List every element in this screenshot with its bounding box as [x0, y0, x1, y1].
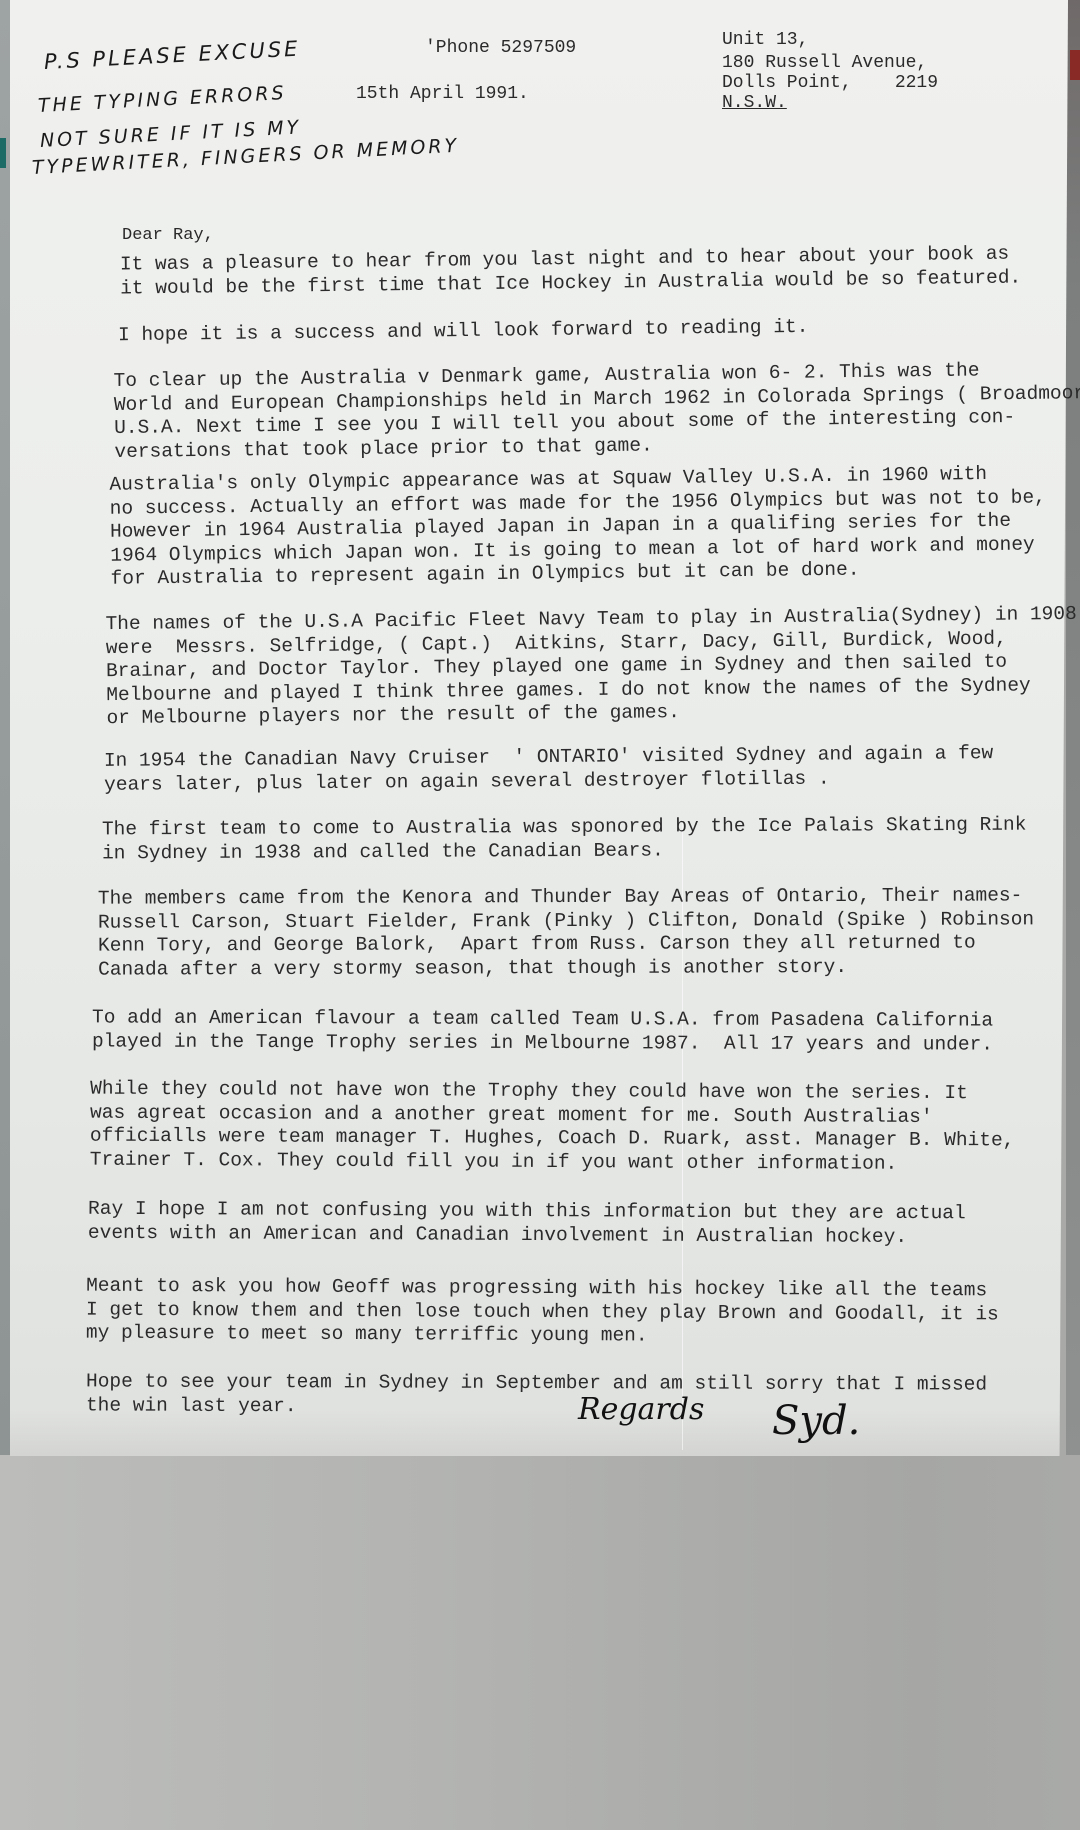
address-line: N.S.W.	[722, 93, 787, 113]
salutation: Dear Ray,	[122, 224, 214, 248]
signature: Syd.	[772, 1398, 860, 1444]
paragraph: Ray I hope I am not confusing you with t…	[88, 1198, 966, 1250]
paragraph: In 1954 the Canadian Navy Cruiser ' ONTA…	[104, 742, 994, 797]
address-line: Dolls Point, 2219	[722, 73, 938, 93]
paragraph: While they could not have won the Trophy…	[90, 1078, 1015, 1177]
paragraph: To add an American flavour a team called…	[92, 1006, 993, 1056]
paragraph: Meant to ask you how Geoff was progressi…	[86, 1275, 999, 1350]
address-line: 180 Russell Avenue,	[722, 53, 927, 73]
address-line: Unit 13,	[722, 30, 808, 50]
paragraph: Australia's only Olympic appearance was …	[109, 462, 1047, 591]
text-line: Canada after a very stormy season, that …	[98, 955, 1034, 982]
letter-date: 15th April 1991.	[356, 82, 529, 106]
paragraph: To clear up the Australia v Denmark game…	[113, 358, 1080, 464]
text-line: played in the Tange Trophy series in Mel…	[92, 1030, 993, 1057]
paragraph: The first team to come to Australia was …	[102, 814, 1027, 866]
text-line: in Sydney in 1938 and called the Canadia…	[102, 837, 1027, 865]
phone-number: 'Phone 5297509	[425, 36, 576, 60]
text-line: my pleasure to meet so many terriffic yo…	[86, 1322, 999, 1350]
text-line: events with an American and Canadian inv…	[88, 1221, 966, 1249]
text-line: Hope to see your team in Sydney in Septe…	[86, 1370, 987, 1397]
text-line: Russell Carson, Stuart Fielder, Frank (P…	[98, 908, 1034, 935]
desk-object	[0, 138, 6, 168]
text-line: Trainer T. Cox. They could fill you in i…	[90, 1148, 1015, 1176]
desk-object	[1070, 50, 1080, 80]
text-line: The members came from the Kenora and Thu…	[98, 884, 1034, 911]
text-line: To add an American flavour a team called…	[92, 1006, 993, 1033]
text-line: The first team to come to Australia was …	[102, 814, 1027, 842]
text-line: Kenn Tory, and George Balork, Apart from…	[98, 931, 1034, 958]
paragraph: The members came from the Kenora and Thu…	[98, 884, 1034, 981]
desk-background-right	[1066, 0, 1080, 1455]
paragraph: The names of the U.S.A Pacific Fleet Nav…	[105, 603, 1077, 731]
closing-regards: Regards	[578, 1392, 704, 1427]
